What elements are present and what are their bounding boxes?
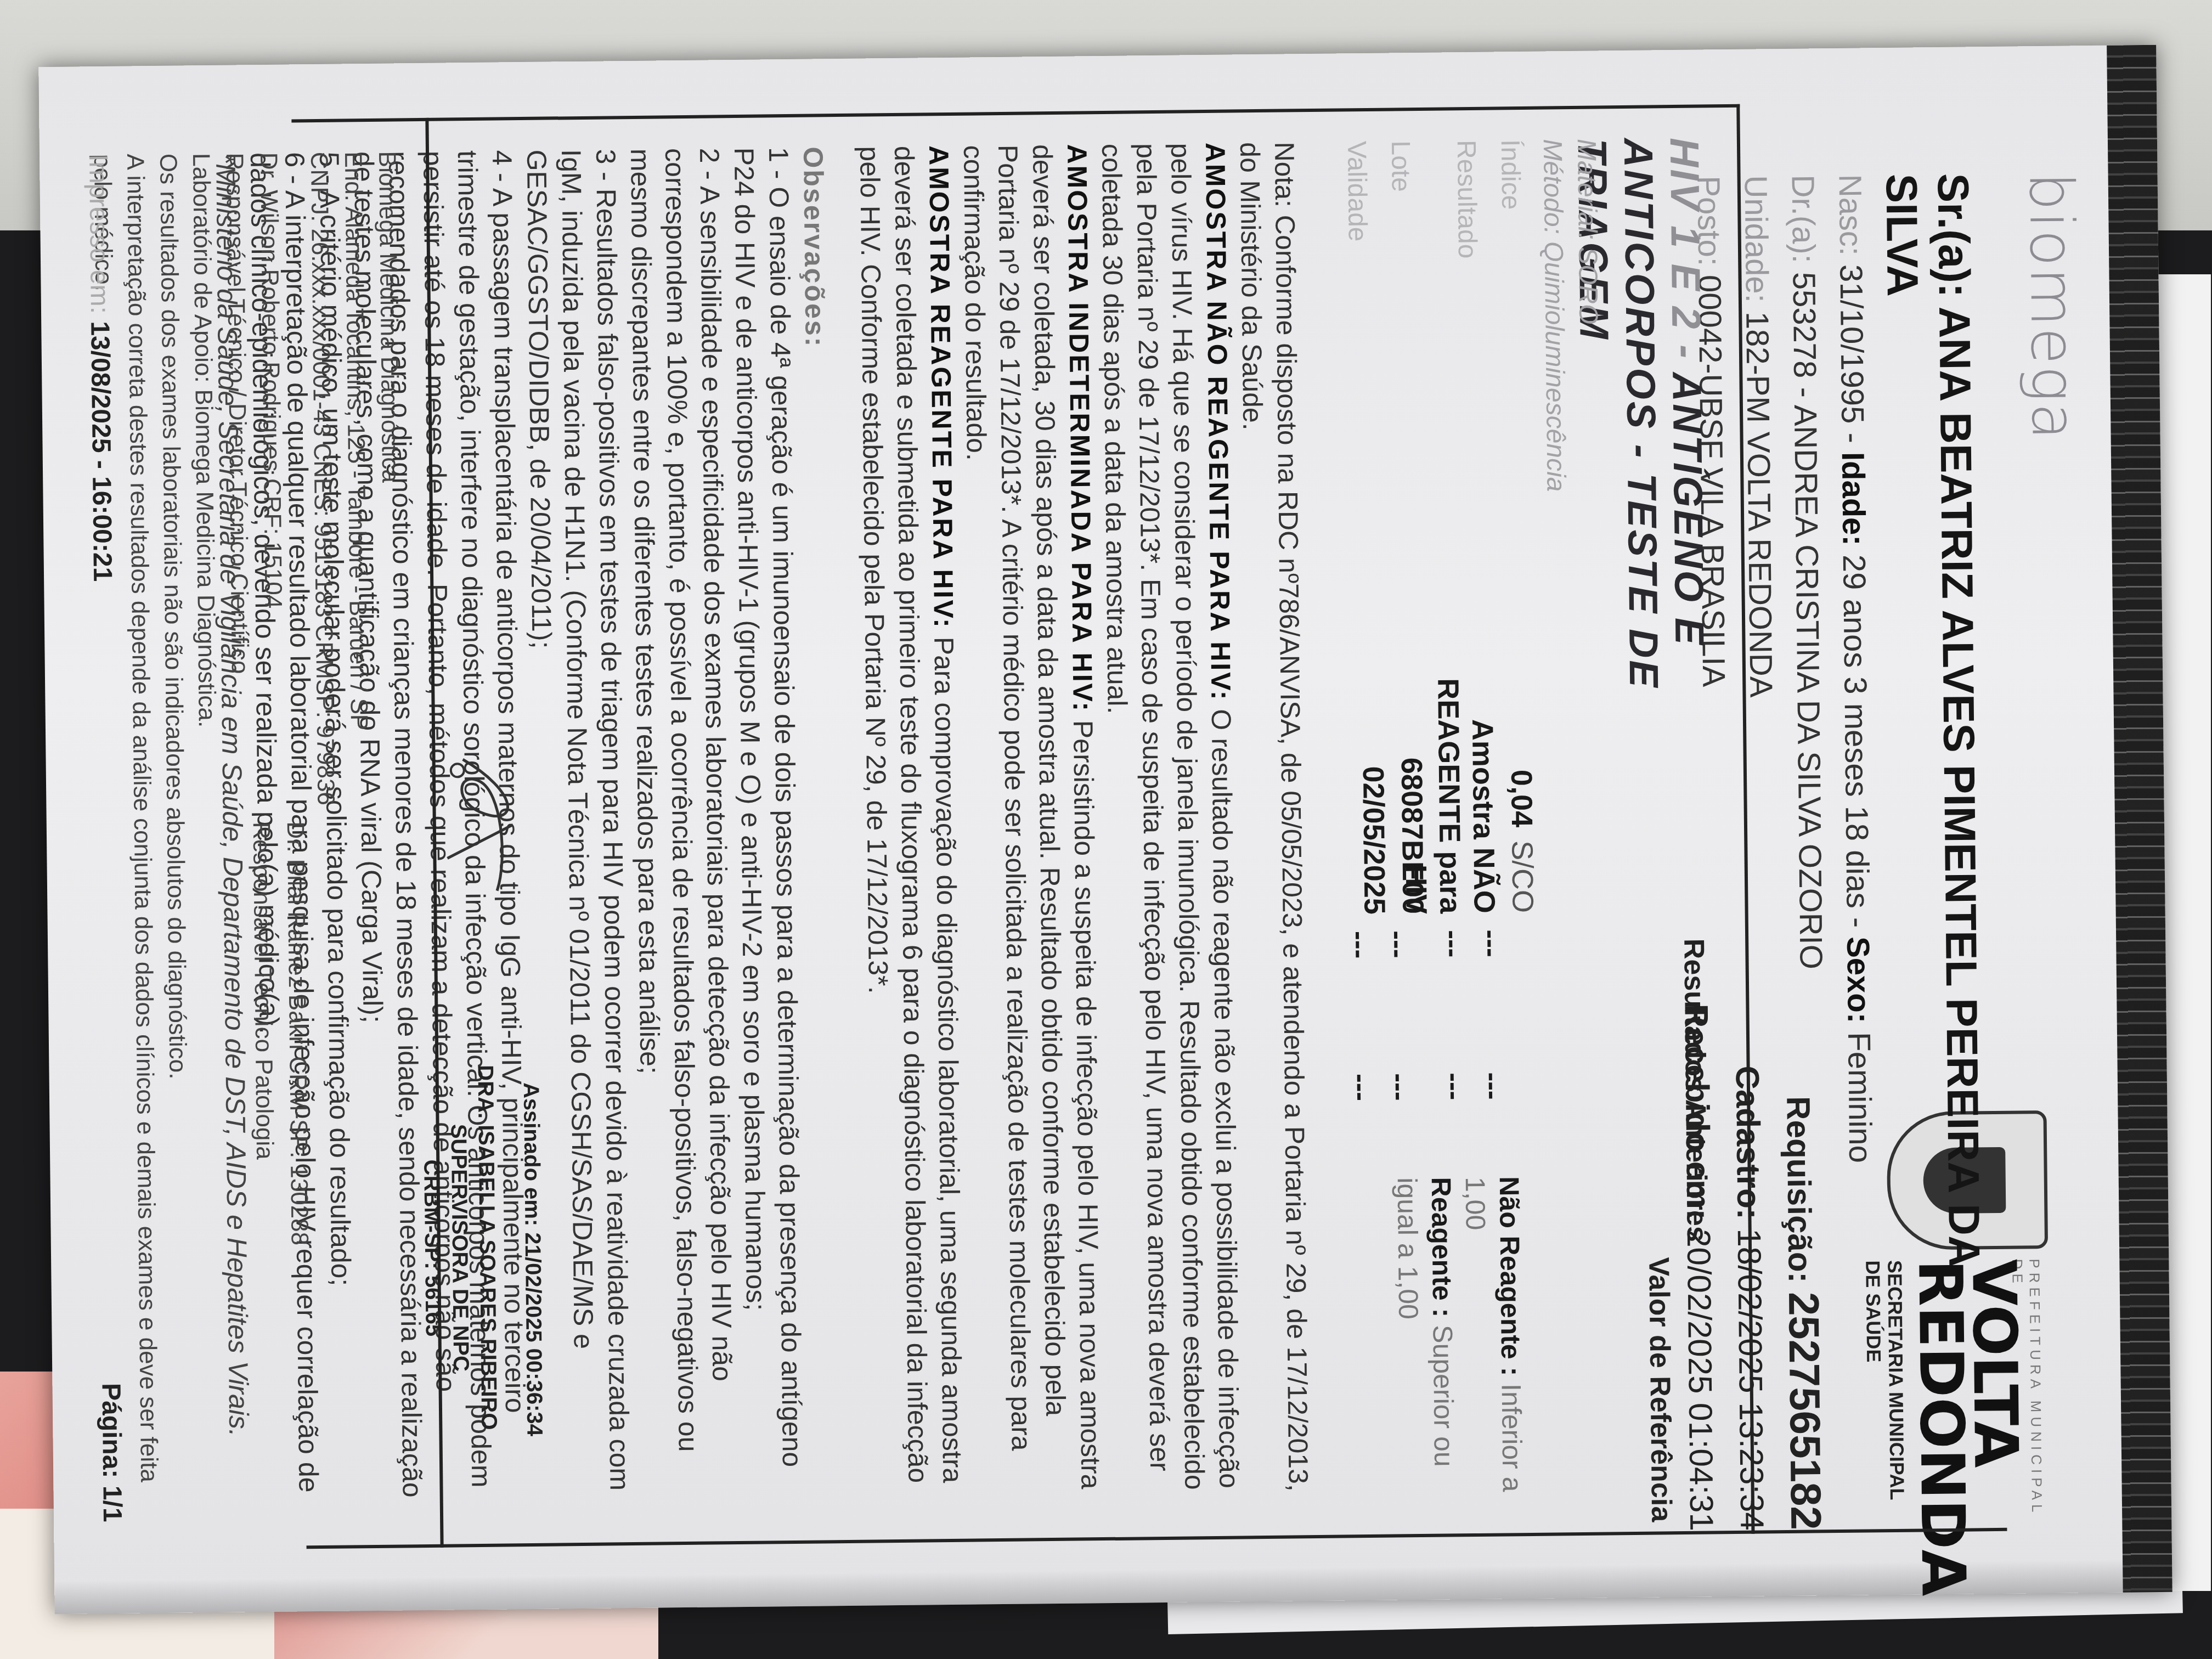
exam-meta: Material: SORO Método: Quimioluminescênc…	[1535, 138, 1607, 492]
patient-name: ANA BEATRIZ ALVES PIMENTEL PEREIRA DA SI…	[1877, 173, 1989, 1266]
result-index: 0,04S/CO	[1503, 628, 1539, 913]
birth-date: 31/10/1995	[1833, 264, 1870, 424]
patient-sex: Feminino	[1841, 1032, 1878, 1163]
lab-report-sheet: biomega PREFEITURA MUNICIPAL DE VOLTA RE…	[38, 45, 2172, 1614]
patient-info: Sr.(a): ANA BEATRIZ ALVES PIMENTEL PEREI…	[1685, 173, 1988, 1273]
frame-border	[291, 104, 1740, 123]
previous-result: ---	[1475, 929, 1508, 957]
previous-result: ---	[1437, 930, 1469, 958]
frame-border	[307, 1528, 2007, 1549]
previous-result: ---	[1382, 930, 1414, 958]
reference-values: Não Reagente : Inferior a 1,00 Reagente …	[1390, 1176, 1530, 1518]
previous-results-header: Resultados Anteriores	[1677, 938, 1713, 1242]
request-number: 2527565182	[1780, 1291, 1831, 1530]
result-labels: Índice Resultado Lote Validade	[1334, 139, 1533, 260]
footer: Biomega Medicina Diagnóstica End: Alamed…	[96, 118, 443, 1551]
result-lot: 68087BE00	[1393, 629, 1430, 915]
biomega-logo: biomega	[2016, 172, 2089, 441]
previous-result: ---	[1384, 1073, 1416, 1101]
signer-role: SUPERVISORA DE NPC	[443, 973, 476, 1522]
reference-header: Valor de Referência	[1642, 1257, 1678, 1522]
municipality-city: VOLTA REDONDA	[1913, 1259, 2024, 1596]
signed-at: Assinado em: 21/02/2025 00:36:34	[518, 1082, 547, 1436]
patient-age: 29 anos 3 meses 18 dias	[1836, 555, 1876, 909]
previous-result: ---	[1438, 1073, 1471, 1101]
requesting-doctor: 553278 - ANDREA CRISTINA DA SILVA OZORIO	[1786, 272, 1829, 970]
lab-info: Biomega Medicina Diagnóstica End: Alamed…	[217, 151, 411, 811]
previous-result: ---	[1477, 1072, 1509, 1100]
printed-at: Impresso em: 13/08/2025 - 16:00:21	[83, 154, 117, 582]
municipality-department: SECRETARIA MUNICIPAL DE SAÚDE	[1861, 1260, 1908, 1500]
page-number: Página: 1/1	[95, 1383, 127, 1522]
previous-result: ---	[1344, 931, 1376, 959]
previous-result: ---	[1345, 1074, 1378, 1102]
material: SORO	[1573, 247, 1602, 325]
result-validity: 02/05/2025	[1355, 629, 1391, 915]
received-date: 20/02/2025 01:04:31	[1680, 1229, 1720, 1531]
signer-name: DRA. ISABELLA SOARES RIBEIRO	[471, 973, 504, 1522]
signature-icon	[441, 748, 530, 913]
pathologist-info: Dr. Bilal Ramez Bakri CRM-SP: 130288 Res…	[244, 821, 317, 1246]
method: Quimioluminescência	[1539, 241, 1571, 492]
